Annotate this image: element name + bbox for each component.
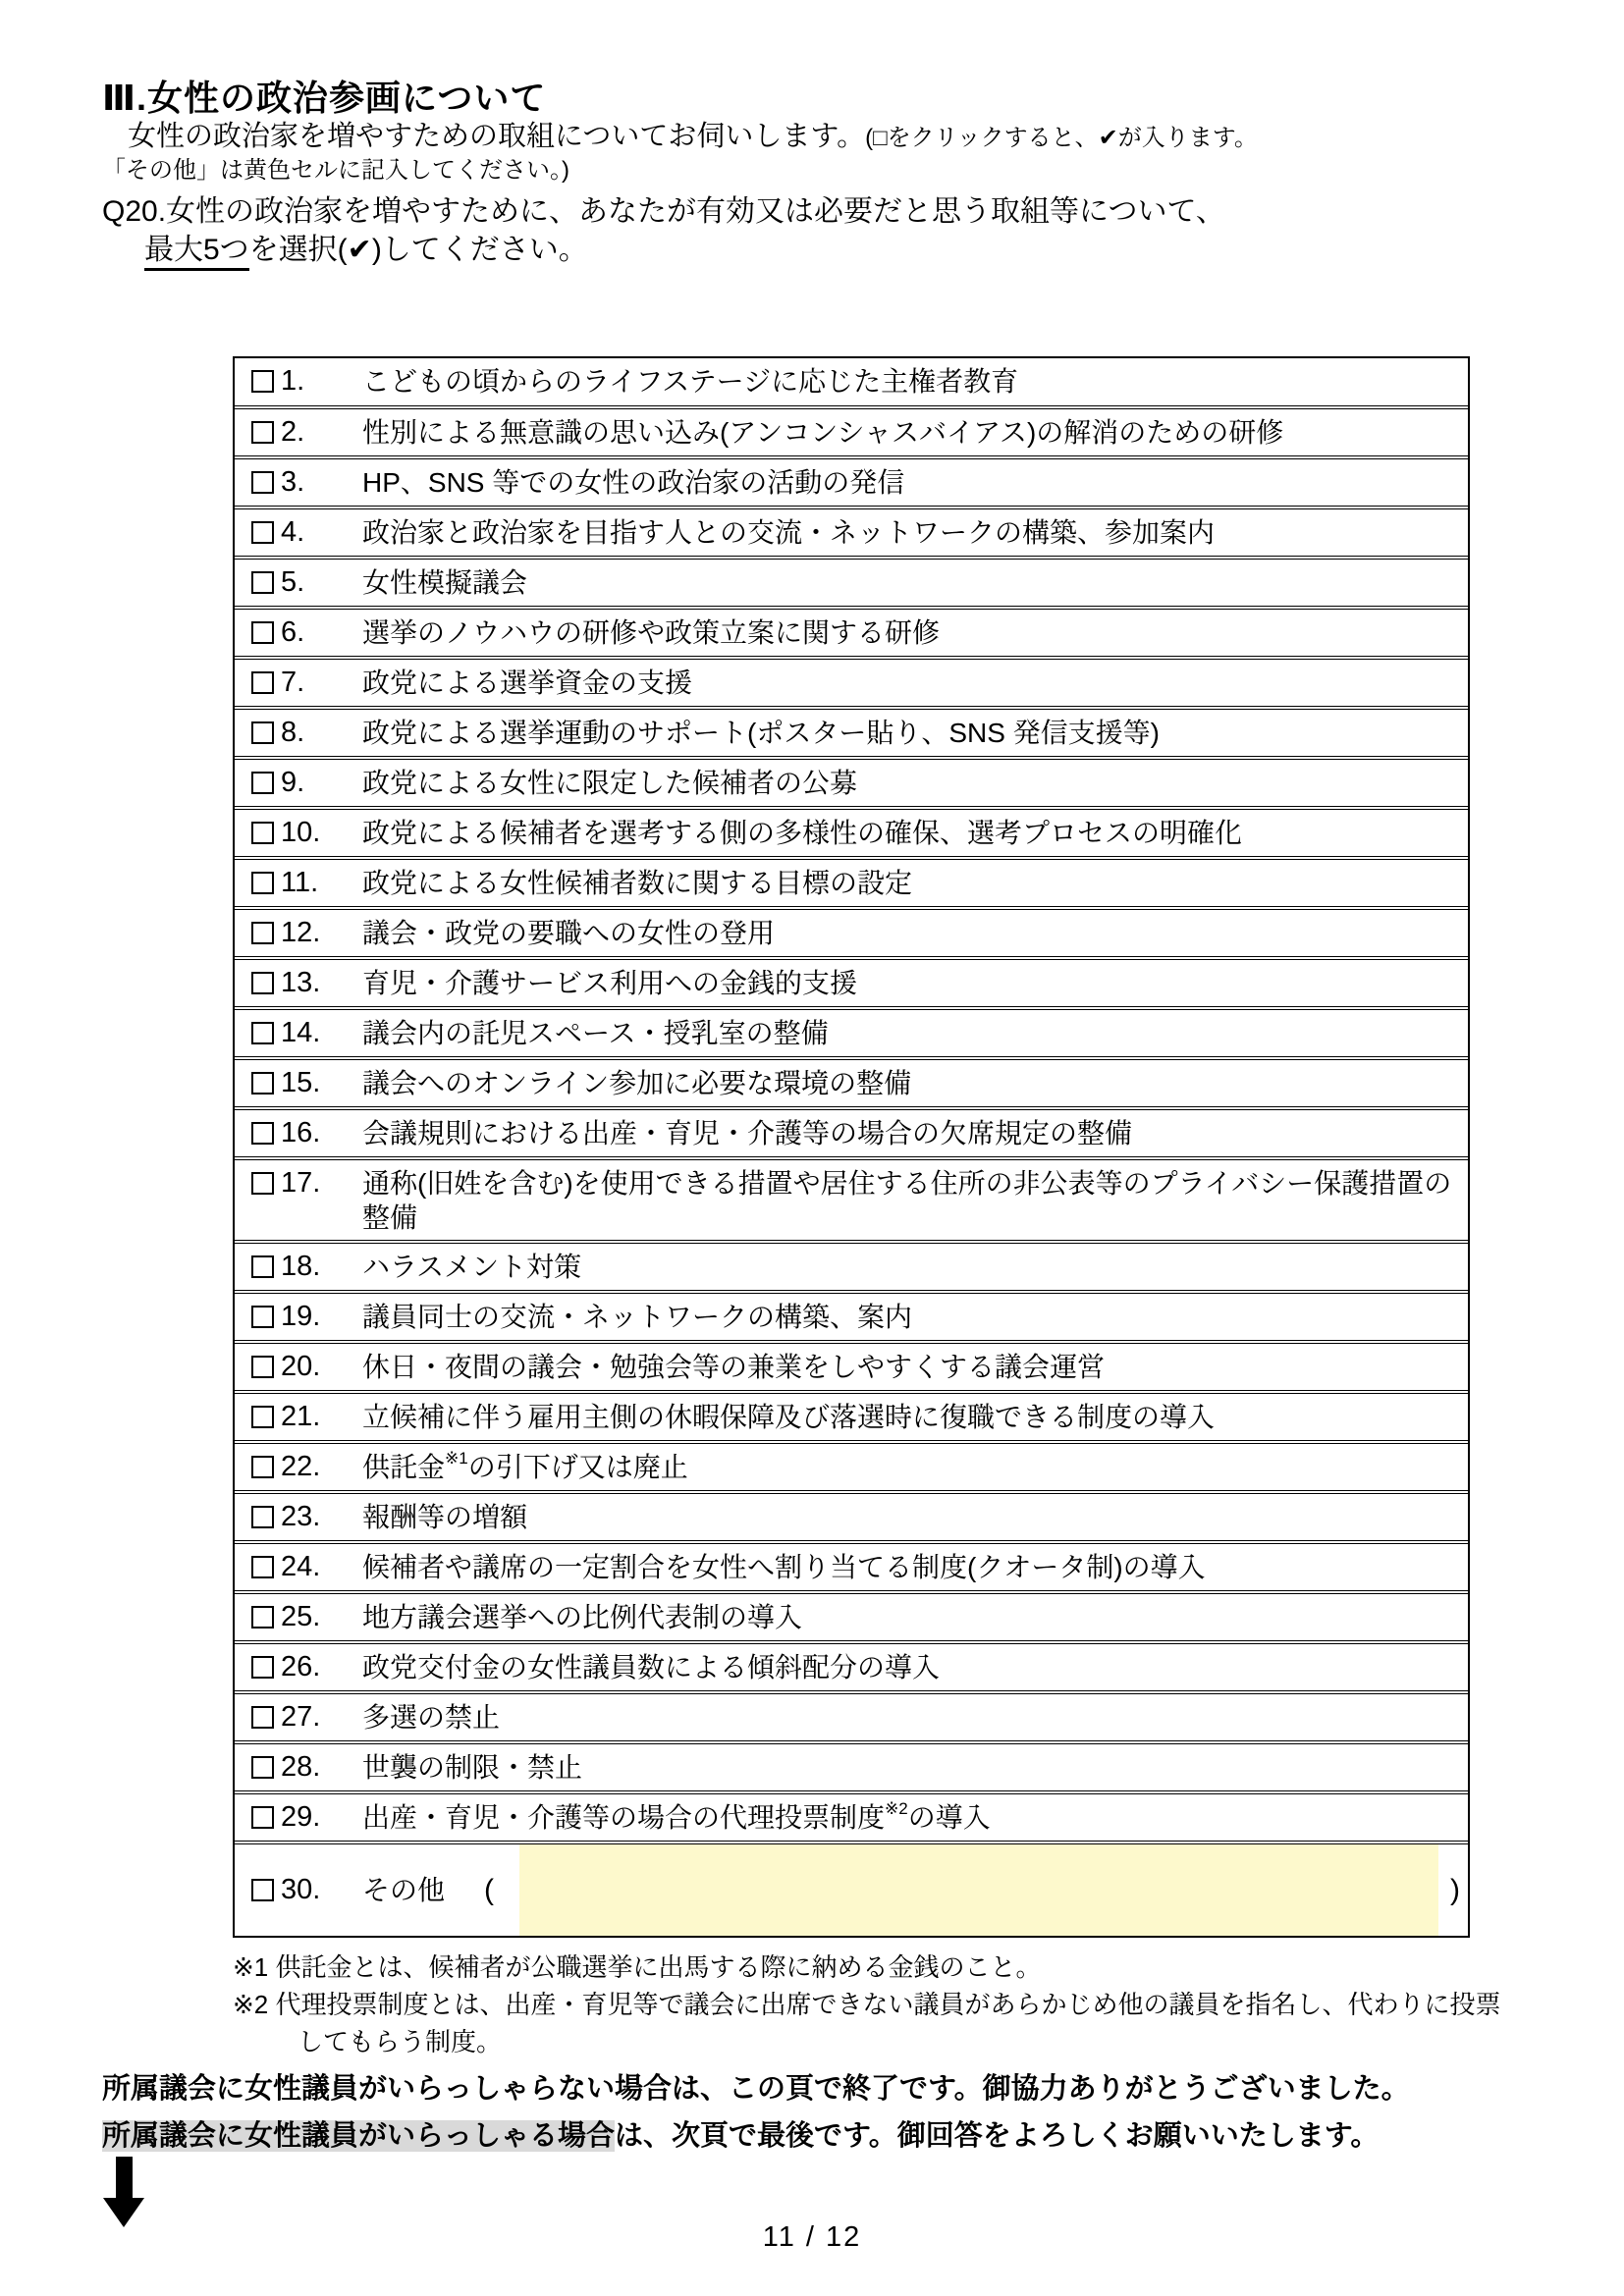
checkbox-icon[interactable]: [251, 772, 274, 794]
item-text: 世襲の制限・禁止: [362, 1750, 1458, 1785]
item-number-label: 10.: [251, 816, 362, 850]
item-text: 議会へのオンライン参加に必要な環境の整備: [362, 1066, 1458, 1100]
table-row: 23.報酬等の増額: [235, 1493, 1468, 1541]
intro-note-part2: 「その他」は黄色セルに記入してください。): [102, 150, 569, 185]
item-text: ハラスメント対策: [362, 1250, 1458, 1284]
item-text: 議会内の託児スペース・授乳室の整備: [362, 1016, 1458, 1050]
item-text: 多選の禁止: [362, 1700, 1458, 1735]
item-number-label: 19.: [251, 1300, 362, 1334]
table-row: 28.世襲の制限・禁止: [235, 1743, 1468, 1791]
closing-line-1: 所属議会に女性議員がいらっしゃらない場合は、この頁で終了です。御協力ありがとうご…: [102, 2065, 1545, 2112]
checkbox-icon[interactable]: [251, 822, 274, 844]
item-text: 供託金※1の引下げ又は廃止: [362, 1450, 1458, 1484]
item-text: 女性模擬議会: [362, 565, 1458, 600]
checkbox-icon[interactable]: [251, 1022, 274, 1044]
item-text: 選挙のノウハウの研修や政策立案に関する研修: [362, 615, 1458, 650]
max-five-underlined: 最大5つ: [144, 234, 249, 271]
checkbox-icon[interactable]: [251, 872, 274, 894]
item-number-label: 21.: [251, 1400, 362, 1434]
item-number-label: 5.: [251, 565, 362, 600]
table-row: 7.政党による選挙資金の支援: [235, 659, 1468, 707]
item-text: 議会・政党の要職への女性の登用: [362, 916, 1458, 950]
other-item-label: その他: [362, 1873, 445, 1907]
item-number: 3.: [281, 465, 304, 500]
table-row: 11.政党による女性候補者数に関する目標の設定: [235, 859, 1468, 907]
item-text: 地方議会選挙への比例代表制の導入: [362, 1600, 1458, 1634]
item-number: 28.: [281, 1750, 320, 1785]
item-number-label: 13.: [251, 966, 362, 1000]
question-q20-line2-rest: を選択(✔)してください。: [249, 234, 588, 266]
item-number-label: 7.: [251, 666, 362, 700]
item-number: 11.: [281, 866, 318, 900]
item-number: 10.: [281, 816, 320, 850]
item-number: 16.: [281, 1116, 320, 1150]
checkbox-icon[interactable]: [251, 1606, 274, 1629]
table-row: 19.議員同士の交流・ネットワークの構築、案内: [235, 1293, 1468, 1341]
table-row: 10.政党による候補者を選考する側の多様性の確保、選考プロセスの明確化: [235, 809, 1468, 857]
table-row: 21.立候補に伴う雇用主側の休暇保障及び落選時に復職できる制度の導入: [235, 1393, 1468, 1441]
question-q20-line1: Q20.女性の政治家を増やすために、あなたが有効又は必要だと思う取組等について、: [102, 187, 1225, 230]
item-text: 育児・介護サービス利用への金銭的支援: [362, 966, 1458, 1000]
checklist-table: 1.こどもの頃からのライフステージに応じた主権者教育2.性別による無意識の思い込…: [233, 356, 1470, 1938]
item-number: 14.: [281, 1016, 320, 1050]
item-text: 性別による無意識の思い込み(アンコンシャスバイアス)の解消のための研修: [362, 415, 1458, 450]
checkbox-icon[interactable]: [251, 621, 274, 644]
item-number-label: 12.: [251, 916, 362, 950]
checkbox-icon[interactable]: [251, 571, 274, 594]
table-row: 4.政治家と政治家を目指す人との交流・ネットワークの構築、参加案内: [235, 508, 1468, 557]
checkbox-icon[interactable]: [251, 1806, 274, 1829]
table-row: 13.育児・介護サービス利用への金銭的支援: [235, 959, 1468, 1007]
item-number-label: 11.: [251, 866, 362, 900]
item-number-label: 14.: [251, 1016, 362, 1050]
table-row: 12.議会・政党の要職への女性の登用: [235, 909, 1468, 957]
intro-line: 女性の政治家を増やすための取組についてお伺いします。(□をクリックすると、✔が入…: [128, 114, 1258, 154]
checkbox-icon[interactable]: [251, 1406, 274, 1428]
item-number-label: 3.: [251, 465, 362, 500]
item-number: 21.: [281, 1400, 320, 1434]
intro-note-part1: (□をクリックすると、✔が入ります。: [865, 125, 1258, 151]
item-number-label: 20.: [251, 1350, 362, 1384]
item-number-label: 2.: [251, 415, 362, 450]
item-number-label: 26.: [251, 1650, 362, 1684]
checkbox-icon[interactable]: [251, 922, 274, 944]
checkbox-icon[interactable]: [251, 1756, 274, 1779]
item-text: 休日・夜間の議会・勉強会等の兼業をしやすくする議会運営: [362, 1350, 1458, 1384]
table-row: 27.多選の禁止: [235, 1693, 1468, 1741]
item-text: HP、SNS 等での女性の政治家の活動の発信: [362, 465, 1458, 500]
item-number: 18.: [281, 1250, 320, 1284]
question-q20-line2: 最大5つを選択(✔)してください。: [144, 225, 588, 268]
item-number: 22.: [281, 1450, 320, 1484]
item-number-label: 8.: [251, 716, 362, 750]
table-row: 9.政党による女性に限定した候補者の公募: [235, 759, 1468, 807]
item-number: 6.: [281, 615, 304, 650]
closing-line-2-highlight: 所属議会に女性議員がいらっしゃる場合: [102, 2120, 615, 2152]
page-number: 11 / 12: [0, 2221, 1624, 2254]
footnote-reference: ※1: [445, 1449, 468, 1468]
table-row: 16.会議規則における出産・育児・介護等の場合の欠席規定の整備: [235, 1109, 1468, 1157]
item-text: 政治家と政治家を目指す人との交流・ネットワークの構築、参加案内: [362, 515, 1458, 550]
checkbox-icon[interactable]: [251, 1706, 274, 1729]
down-arrow-icon: [102, 2157, 145, 2227]
item-text: 出産・育児・介護等の場合の代理投票制度※2の導入: [362, 1800, 1458, 1835]
item-number: 8.: [281, 716, 304, 750]
item-number-label: 30.: [251, 1873, 362, 1907]
item-number-label: 25.: [251, 1600, 362, 1634]
checkbox-icon[interactable]: [251, 1356, 274, 1378]
item-number: 19.: [281, 1300, 320, 1334]
table-row: 18.ハラスメント対策: [235, 1243, 1468, 1291]
item-number-label: 16.: [251, 1116, 362, 1150]
item-number-label: 27.: [251, 1700, 362, 1735]
close-paren: ): [1450, 1873, 1460, 1907]
table-row: 22.供託金※1の引下げ又は廃止: [235, 1443, 1468, 1491]
item-number-label: 28.: [251, 1750, 362, 1785]
item-text: 政党による女性候補者数に関する目標の設定: [362, 866, 1458, 900]
table-row: 24.候補者や議席の一定割合を女性へ割り当てる制度(クオータ制)の導入: [235, 1543, 1468, 1591]
item-number-label: 18.: [251, 1250, 362, 1284]
item-number: 12.: [281, 916, 320, 950]
item-number: 1.: [281, 364, 304, 399]
item-number: 13.: [281, 966, 320, 1000]
table-row: 29.出産・育児・介護等の場合の代理投票制度※2の導入: [235, 1793, 1468, 1842]
item-text: 政党による選挙資金の支援: [362, 666, 1458, 700]
checkbox-icon[interactable]: [251, 1306, 274, 1328]
closing-instructions: 所属議会に女性議員がいらっしゃらない場合は、この頁で終了です。御協力ありがとうご…: [102, 2065, 1545, 2160]
item-number: 5.: [281, 565, 304, 600]
item-number: 23.: [281, 1500, 320, 1534]
checkbox-icon[interactable]: [251, 972, 274, 994]
checkbox-icon[interactable]: [251, 1556, 274, 1578]
table-row: 26.政党交付金の女性議員数による傾斜配分の導入: [235, 1643, 1468, 1691]
item-number: 9.: [281, 766, 304, 800]
closing-line-2-rest: は、次頁で最後です。御回答をよろしくお願いいたします。: [615, 2120, 1379, 2152]
item-number: 27.: [281, 1700, 320, 1735]
item-text: 会議規則における出産・育児・介護等の場合の欠席規定の整備: [362, 1116, 1458, 1150]
table-row: 5.女性模擬議会: [235, 559, 1468, 607]
closing-line-2: 所属議会に女性議員がいらっしゃる場合は、次頁で最後です。御回答をよろしくお願いい…: [102, 2112, 1545, 2160]
item-number-label: 1.: [251, 364, 362, 399]
item-number: 26.: [281, 1650, 320, 1684]
table-row: 8.政党による選挙運動のサポート(ポスター貼り、SNS 発信支援等): [235, 709, 1468, 757]
item-number: 30.: [281, 1873, 320, 1907]
table-row: 25.地方議会選挙への比例代表制の導入: [235, 1593, 1468, 1641]
checkbox-icon[interactable]: [251, 1172, 274, 1195]
item-text: こどもの頃からのライフステージに応じた主権者教育: [362, 364, 1458, 399]
survey-page: Ⅲ.女性の政治参画について 女性の政治家を増やすための取組についてお伺いします。…: [0, 0, 1624, 2296]
checkbox-icon[interactable]: [251, 1879, 274, 1901]
checkbox-icon[interactable]: [251, 370, 274, 393]
item-text: 政党による選挙運動のサポート(ポスター貼り、SNS 発信支援等): [362, 716, 1458, 750]
item-number: 15.: [281, 1066, 320, 1100]
item-number-label: 17.: [251, 1166, 362, 1201]
table-row: 17.通称(旧姓を含む)を使用できる措置や居住する住所の非公表等のプライバシー保…: [235, 1159, 1468, 1241]
item-number-label: 15.: [251, 1066, 362, 1100]
item-text: 候補者や議席の一定割合を女性へ割り当てる制度(クオータ制)の導入: [362, 1550, 1458, 1584]
intro-main-text: 女性の政治家を増やすための取組についてお伺いします。: [128, 121, 865, 152]
footnote-1: ※1 供託金とは、候補者が公職選挙に出馬する際に納める金銭のこと。: [233, 1949, 1504, 1986]
checkbox-icon[interactable]: [251, 1072, 274, 1095]
item-number-label: 6.: [251, 615, 362, 650]
table-row: 3.HP、SNS 等での女性の政治家の活動の発信: [235, 458, 1468, 507]
footnote-2: ※2 代理投票制度とは、出産・育児等で議会に出席できない議員があらかじめ他の議員…: [233, 1986, 1504, 2060]
table-row: 2.性別による無意識の思い込み(アンコンシャスバイアス)の解消のための研修: [235, 408, 1468, 456]
item-number: 7.: [281, 666, 304, 700]
checkbox-icon[interactable]: [251, 1456, 274, 1478]
down-arrow-stem: [116, 2157, 133, 2198]
item-number: 24.: [281, 1550, 320, 1584]
checkbox-icon[interactable]: [251, 721, 274, 744]
item-number-label: 9.: [251, 766, 362, 800]
checkbox-icon[interactable]: [251, 671, 274, 694]
checkbox-icon[interactable]: [251, 471, 274, 494]
checkbox-icon[interactable]: [251, 1255, 274, 1278]
table-row: 30.その他(): [235, 1843, 1468, 1936]
item-number: 17.: [281, 1166, 320, 1201]
item-number: 25.: [281, 1600, 320, 1634]
item-text: 議員同士の交流・ネットワークの構築、案内: [362, 1300, 1458, 1334]
footnote-reference: ※2: [885, 1799, 908, 1818]
table-row: 14.議会内の託児スペース・授乳室の整備: [235, 1009, 1468, 1057]
item-number-label: 23.: [251, 1500, 362, 1534]
item-number: 29.: [281, 1800, 320, 1835]
item-text: 政党による女性に限定した候補者の公募: [362, 766, 1458, 800]
item-text: 立候補に伴う雇用主側の休暇保障及び落選時に復職できる制度の導入: [362, 1400, 1458, 1434]
table-row: 15.議会へのオンライン参加に必要な環境の整備: [235, 1059, 1468, 1107]
item-number: 20.: [281, 1350, 320, 1384]
other-input-cell[interactable]: [519, 1844, 1438, 1936]
checkbox-icon[interactable]: [251, 1122, 274, 1145]
item-number-label: 22.: [251, 1450, 362, 1484]
item-number-label: 24.: [251, 1550, 362, 1584]
checkbox-icon[interactable]: [251, 421, 274, 444]
item-text: 通称(旧姓を含む)を使用できる措置や居住する住所の非公表等のプライバシー保護措置…: [362, 1166, 1458, 1235]
item-text: 政党による候補者を選考する側の多様性の確保、選考プロセスの明確化: [362, 816, 1458, 850]
item-number: 4.: [281, 515, 304, 550]
open-paren: (: [484, 1873, 494, 1907]
table-row: 20.休日・夜間の議会・勉強会等の兼業をしやすくする議会運営: [235, 1343, 1468, 1391]
table-row: 6.選挙のノウハウの研修や政策立案に関する研修: [235, 609, 1468, 657]
item-number: 2.: [281, 415, 304, 450]
item-text: 政党交付金の女性議員数による傾斜配分の導入: [362, 1650, 1458, 1684]
item-text: 報酬等の増額: [362, 1500, 1458, 1534]
item-number-label: 4.: [251, 515, 362, 550]
checkbox-icon[interactable]: [251, 1656, 274, 1679]
checkbox-icon[interactable]: [251, 521, 274, 544]
table-row: 1.こどもの頃からのライフステージに応じた主権者教育: [235, 358, 1468, 406]
item-number-label: 29.: [251, 1800, 362, 1835]
checkbox-icon[interactable]: [251, 1506, 274, 1528]
footnotes: ※1 供託金とは、候補者が公職選挙に出馬する際に納める金銭のこと。 ※2 代理投…: [233, 1949, 1504, 2060]
